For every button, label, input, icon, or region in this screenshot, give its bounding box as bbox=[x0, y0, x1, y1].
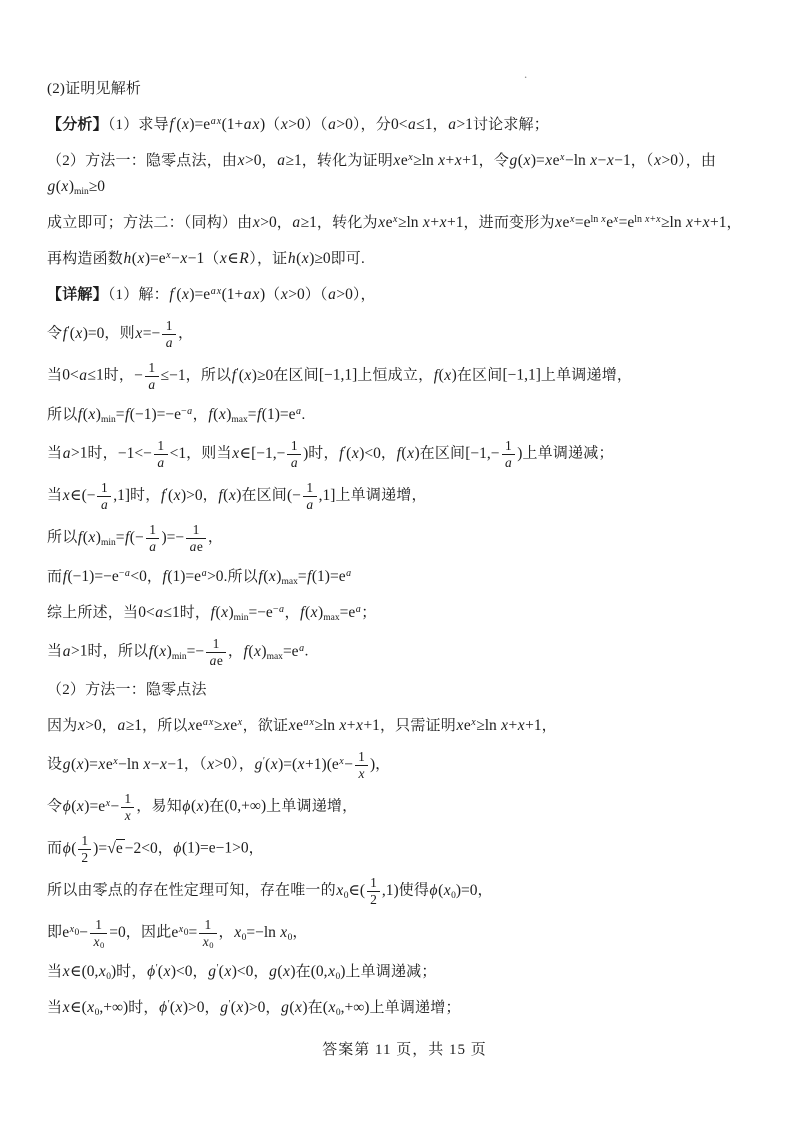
text-line: （2）方法一：隐零点法，由x>0，a≥1，转化为证明xex≥ln x+x+1，令… bbox=[47, 143, 762, 205]
stray-mark: . bbox=[524, 66, 527, 82]
text-line: 【详解】（1）解：f′(x)=eax(1+ax)（x>0）（a>0）， bbox=[47, 277, 762, 313]
text-line: (2)证明见解析 bbox=[47, 72, 762, 107]
text-line: 当x∈(0,x0)时，ϕ′(x)<0，g′(x)<0，g(x)在(0,x0)上单… bbox=[47, 954, 762, 990]
text-line: 【分析】（1）求导f′(x)=eax(1+ax)（x>0）（a>0），分0<a≤… bbox=[47, 107, 762, 143]
text-line: 而f(−1)=−e−a<0，f(1)=ea>0.所以f(x)max=f(1)=e… bbox=[47, 559, 762, 595]
text-line: 当x∈(x0,+∞)时，ϕ′(x)>0，g′(x)>0，g(x)在(x0,+∞)… bbox=[47, 990, 762, 1026]
text-line: 即ex0−1x0=0，因此ex0=1x0，x0=−ln x0， bbox=[47, 912, 762, 954]
text-line: 再构造函数h(x)=ex−x−1（x∈R），证h(x)≥0即可. bbox=[47, 241, 762, 277]
text-line: 综上所述，当0<a≤1时，f(x)min=−e−a，f(x)max=ea； bbox=[47, 595, 762, 631]
text-line: 当x∈(−1a,1]时，f′(x)>0，f(x)在区间(−1a,1]上单调递增， bbox=[47, 475, 762, 517]
text-line: 当a>1时，−1<−1a<1，则当x∈[−1,−1a)时，f′(x)<0，f(x… bbox=[47, 433, 762, 475]
text-line: 所以f(x)min=f(−1a)=−1ae， bbox=[47, 517, 762, 559]
text-line: 设g(x)=xex−ln x−x−1，（x>0），g′(x)=(x+1)(ex−… bbox=[47, 744, 762, 786]
text-line: 令f′(x)=0，则x=−1a， bbox=[47, 313, 762, 355]
text-line: （2）方法一：隐零点法 bbox=[47, 673, 762, 708]
document-page: . (2)证明见解析【分析】（1）求导f′(x)=eax(1+ax)（x>0）（… bbox=[0, 0, 800, 1131]
text-line: 成立即可；方法二：（同构）由x>0，a≥1，转化为xex≥ln x+x+1，进而… bbox=[47, 205, 762, 241]
text-line: 当0<a≤1时，−1a≤−1，所以f′(x)≥0在区间[−1,1]上恒成立，f(… bbox=[47, 355, 762, 397]
page-footer: 答案第 11 页，共 15 页 bbox=[47, 1038, 762, 1059]
document-body: (2)证明见解析【分析】（1）求导f′(x)=eax(1+ax)（x>0）（a>… bbox=[47, 72, 762, 1026]
text-line: 所以由零点的存在性定理可知，存在唯一的x0∈(12,1)使得ϕ(x0)=0， bbox=[47, 870, 762, 912]
text-line: 令ϕ(x)=ex−1x，易知ϕ(x)在(0,+∞)上单调递增， bbox=[47, 786, 762, 828]
text-line: 因为x>0，a≥1，所以xeax≥xex，欲证xeax≥ln x+x+1，只需证… bbox=[47, 708, 762, 744]
text-line: 所以f(x)min=f(−1)=−e−a，f(x)max=f(1)=ea. bbox=[47, 397, 762, 433]
text-line: 而ϕ(12)=√e−2<0，ϕ(1)=e−1>0， bbox=[47, 828, 762, 870]
text-line: 当a>1时，所以f(x)min=−1ae，f(x)max=ea. bbox=[47, 631, 762, 673]
